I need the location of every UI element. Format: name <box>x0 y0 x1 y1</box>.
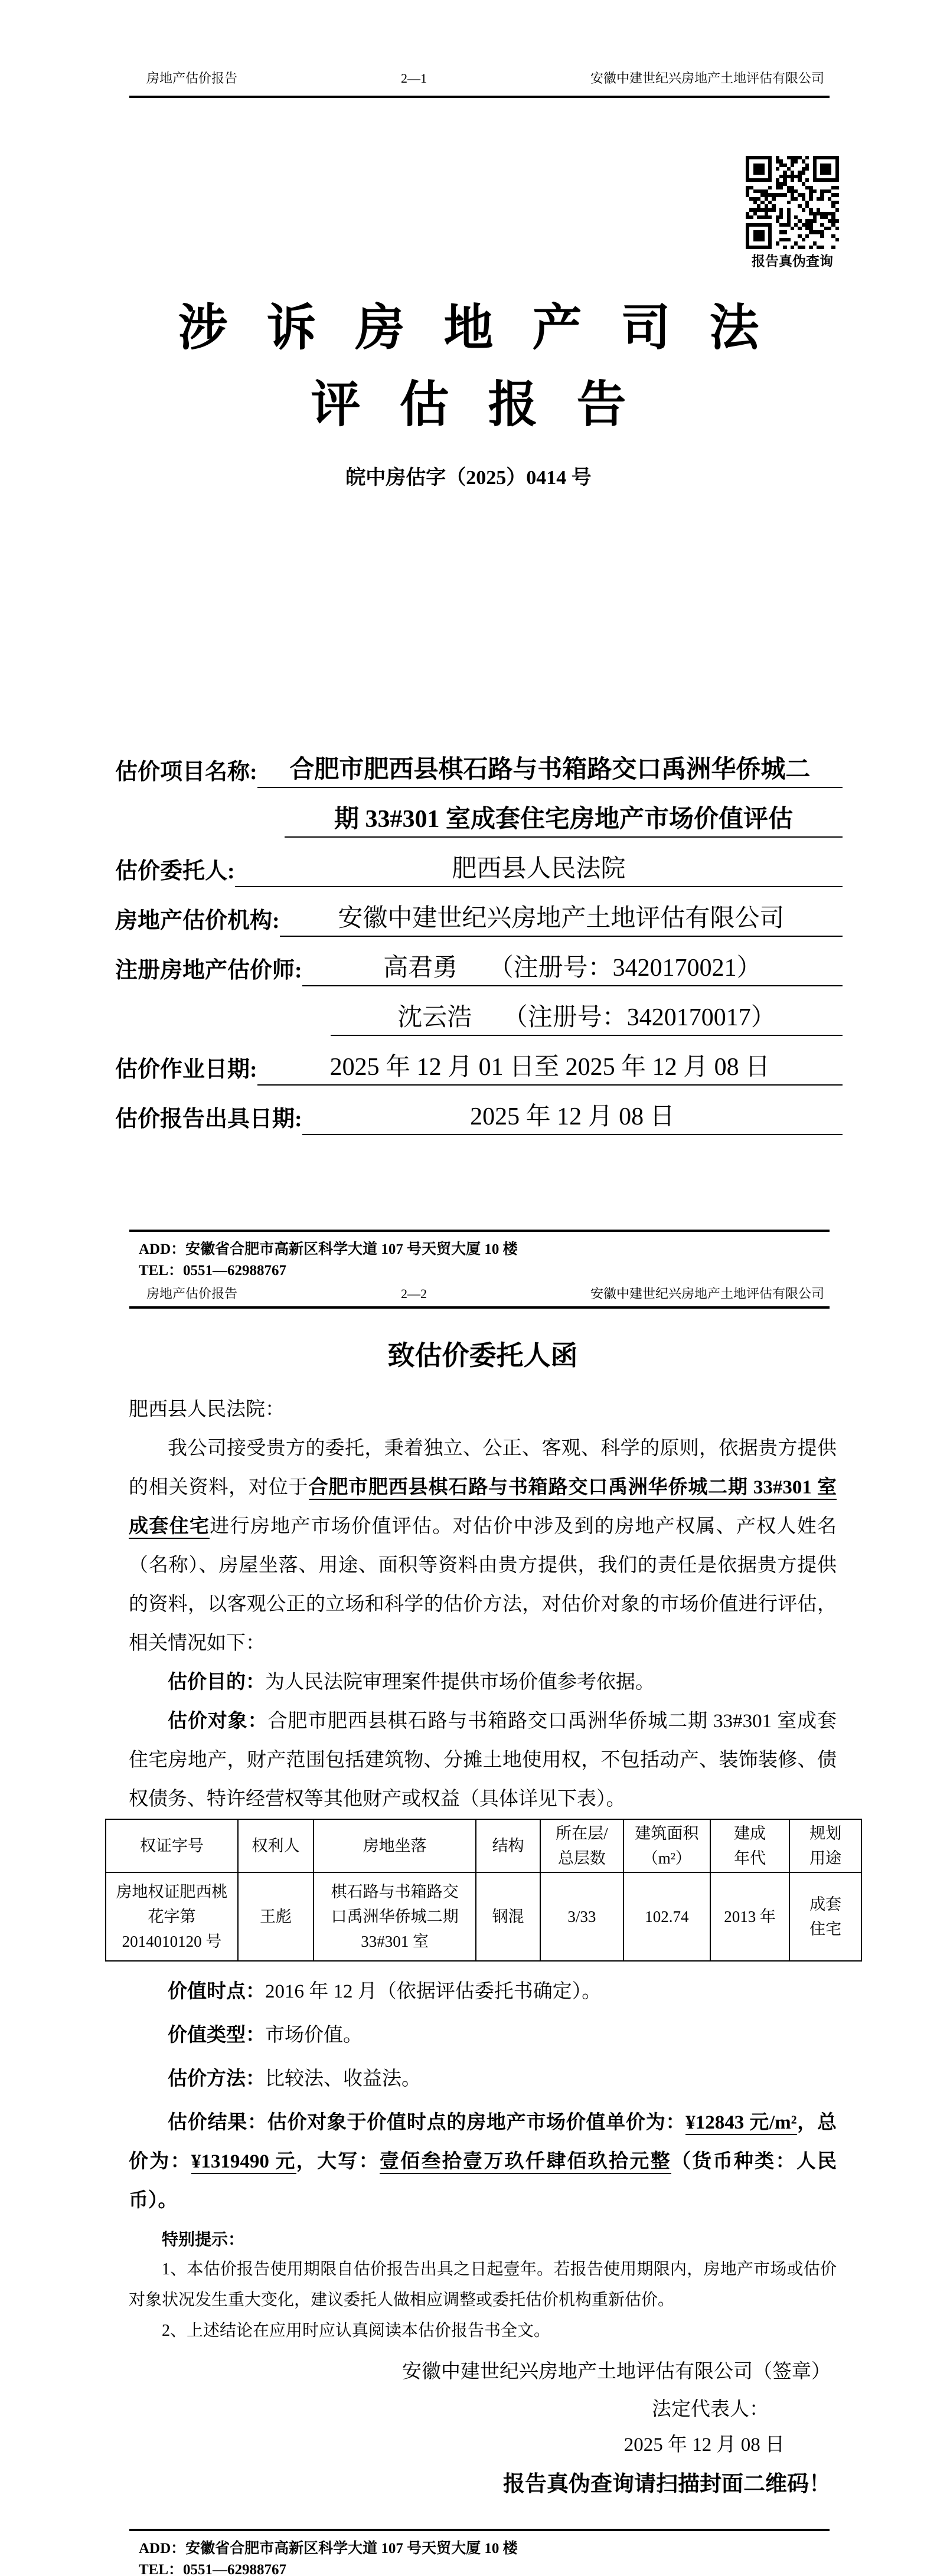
cell-area: 102.74 <box>623 1872 710 1961</box>
subject-paragraph: 估价对象：合肥市肥西县棋石路与书箱路交口禹洲华侨城二期 33#301 室成套住宅… <box>129 1702 837 1819</box>
method-text: 比较法、收益法。 <box>265 2068 421 2090</box>
col-planned-use: 规划 用途 <box>789 1819 861 1872</box>
document-number: 皖中房估字（2025）0414 号 <box>0 465 937 491</box>
col-area: 建筑面积 （m²） <box>623 1819 710 1872</box>
field-label: 估价作业日期: <box>115 1055 257 1086</box>
field-label: 估价项目名称: <box>115 757 257 788</box>
field-work-dates: 估价作业日期: 2025 年 12 月 01 日至 2025 年 12 月 08… <box>115 1036 843 1086</box>
header-rule <box>129 96 830 98</box>
field-label: 房地产估价机构: <box>115 906 280 937</box>
footer-address: ADD：安徽省合肥市高新区科学大道 107 号天贸大厦 10 楼 <box>139 2538 937 2559</box>
qr-caption: 报告真伪查询 <box>742 253 843 270</box>
value-type-paragraph: 价值类型：市场价值。 <box>129 2016 837 2055</box>
field-label: 注册房地产估价师: <box>115 956 302 986</box>
page1-running-header: 房地产估价报告 2—1 安徽中建世纪兴房地产土地评估有限公司 <box>0 70 937 87</box>
intro-paragraph: 我公司接受贵方的委托，秉着独立、公正、客观、科学的原则，依据贵方提供的相关资料，… <box>129 1429 837 1663</box>
letter-title: 致估价委托人函 <box>129 1338 837 1374</box>
subject-label: 估价对象： <box>168 1711 267 1732</box>
page-1: 房地产估价报告 2—1 安徽中建世纪兴房地产土地评估有限公司 报告真伪查询 涉 … <box>0 0 937 1282</box>
field-label: 估价报告出具日期: <box>115 1104 302 1135</box>
cell-planned-use: 成套 住宅 <box>789 1872 861 1961</box>
page2-footer: ADD：安徽省合肥市高新区科学大道 107 号天贸大厦 10 楼 TEL：055… <box>0 2531 937 2576</box>
page1-footer: ADD：安徽省合肥市高新区科学大道 107 号天贸大厦 10 楼 TEL：055… <box>0 1232 937 1282</box>
purpose-paragraph: 估价目的：为人民法院审理案件提供市场价值参考依据。 <box>129 1663 837 1702</box>
field-value: 2025 年 12 月 08 日 <box>302 1101 843 1135</box>
signature-company: 安徽中建世纪兴房地产土地评估有限公司（签章） <box>129 2357 837 2387</box>
footer-phone: TEL：0551—62988767 <box>139 1260 937 1282</box>
note-item-2: 2、上述结论在应用时应认真阅读本估价报告书全文。 <box>129 2316 837 2346</box>
table-row: 房地权证肥西桃 花字第 2014010120 号 王彪 棋石路与书箱路交 口禹洲… <box>106 1872 861 1961</box>
value-type-label: 价值类型： <box>168 2025 265 2046</box>
cell-year-built: 2013 年 <box>710 1872 789 1961</box>
notes-title: 特别提示： <box>129 2226 837 2254</box>
header-doc-type: 房地产估价报告 <box>146 1285 237 1303</box>
header-company-name: 安徽中建世纪兴房地产土地评估有限公司 <box>590 70 824 87</box>
header-rule <box>129 1306 830 1309</box>
special-notes: 特别提示： 1、本估价报告使用期限自估价报告出具之日起壹年。若报告使用期限内，房… <box>129 2226 837 2346</box>
cell-floor: 3/33 <box>540 1872 623 1961</box>
qr-code <box>746 156 839 249</box>
value-date-text: 2016 年 12 月（依据评估委托书确定）。 <box>265 1981 601 2002</box>
header-company-name: 安徽中建世纪兴房地产土地评估有限公司 <box>590 1285 824 1303</box>
cover-title: 涉 诉 房 地 产 司 法 评 估 报 告 <box>0 296 937 438</box>
report-document: 房地产估价报告 2—1 安徽中建世纪兴房地产土地评估有限公司 报告真伪查询 涉 … <box>0 0 937 2576</box>
field-value: 肥西县人民法院 <box>235 853 843 887</box>
value-date-paragraph: 价值时点：2016 年 12 月（依据评估委托书确定）。 <box>129 1972 837 2011</box>
field-appraiser-1: 注册房地产估价师: 高君勇 （注册号：3420170021） <box>115 937 843 986</box>
value-date-label: 价值时点： <box>168 1981 265 2002</box>
purpose-label: 估价目的： <box>168 1672 265 1693</box>
cover-fields: 估价项目名称: 合肥市肥西县棋石路与书箱路交口禹洲华侨城二 期 33#301 室… <box>115 738 843 1135</box>
cell-structure: 钢混 <box>476 1872 540 1961</box>
footer-phone: TEL：0551—62988767 <box>139 2559 937 2576</box>
field-value: 期 33#301 室成套住宅房地产市场价值评估 <box>285 803 843 838</box>
field-project-name: 估价项目名称: 合肥市肥西县棋石路与书箱路交口禹洲华侨城二 <box>115 738 843 788</box>
field-value: 沈云浩 （注册号：3420170017） <box>331 1002 843 1036</box>
field-value: 高君勇 （注册号：3420170021） <box>302 952 843 986</box>
scan-qr-note: 报告真伪查询请扫描封面二维码！ <box>129 2467 837 2502</box>
col-certificate-no: 权证字号 <box>106 1819 238 1872</box>
field-value: 安徽中建世纪兴房地产土地评估有限公司 <box>280 903 843 937</box>
cell-certificate-no: 房地权证肥西桃 花字第 2014010120 号 <box>106 1872 238 1961</box>
result-text-3: ，大写： <box>296 2151 380 2172</box>
letter-body: 致估价委托人函 肥西县人民法院： 我公司接受贵方的委托，秉着独立、公正、客观、科… <box>129 1338 837 1819</box>
cover-title-line1: 涉 诉 房 地 产 司 法 <box>0 296 937 361</box>
result-total-in-words: 壹佰叁拾壹万玖仟肆佰玖拾元整 <box>380 2151 671 2174</box>
cell-owner: 王彪 <box>238 1872 314 1961</box>
property-table: 权证字号 权利人 房地坐落 结构 所在层/ 总层数 建筑面积 （m²） 建成 年… <box>105 1819 862 1962</box>
footer-address: ADD：安徽省合肥市高新区科学大道 107 号天贸大厦 10 楼 <box>139 1239 937 1260</box>
signature-legal-rep: 法定代表人： <box>129 2395 837 2424</box>
qr-block: 报告真伪查询 <box>742 156 843 270</box>
intro-post: 进行房地产市场价值评估。对估价中涉及到的房地产权属、产权人姓名（名称）、房屋坐落… <box>129 1516 837 1654</box>
salutation: 肥西县人民法院： <box>129 1395 837 1424</box>
table-header-row: 权证字号 权利人 房地坐落 结构 所在层/ 总层数 建筑面积 （m²） 建成 年… <box>106 1819 861 1872</box>
header-page-number: 2—1 <box>401 70 427 87</box>
field-label: 估价委托人: <box>115 857 235 887</box>
result-total-price: ¥1319490 元 <box>191 2151 296 2174</box>
field-client: 估价委托人: 肥西县人民法院 <box>115 838 843 887</box>
result-paragraph: 估价结果：估价对象于价值时点的房地产市场价值单价为：¥12843 元/m²，总价… <box>129 2103 837 2220</box>
method-paragraph: 估价方法：比较法、收益法。 <box>129 2060 837 2098</box>
field-appraiser-2: 沈云浩 （注册号：3420170017） <box>115 986 843 1036</box>
purpose-text: 为人民法院审理案件提供市场价值参考依据。 <box>265 1672 655 1693</box>
note-item-1: 1、本估价报告使用期限自估价报告出具之日起壹年。若报告使用期限内，房地产市场或估… <box>129 2254 837 2316</box>
col-structure: 结构 <box>476 1819 540 1872</box>
col-year-built: 建成 年代 <box>710 1819 789 1872</box>
header-doc-type: 房地产估价报告 <box>146 70 237 87</box>
field-value: 2025 年 12 月 01 日至 2025 年 12 月 08 日 <box>257 1051 843 1086</box>
header-page-number: 2—2 <box>401 1285 427 1303</box>
page2-running-header: 房地产估价报告 2—2 安徽中建世纪兴房地产土地评估有限公司 <box>0 1285 937 1303</box>
cover-title-line2: 评 估 报 告 <box>0 373 937 438</box>
col-owner: 权利人 <box>238 1819 314 1872</box>
field-issue-date: 估价报告出具日期: 2025 年 12 月 08 日 <box>115 1086 843 1135</box>
field-value: 合肥市肥西县棋石路与书箱路交口禹洲华侨城二 <box>257 754 843 788</box>
col-location: 房地坐落 <box>314 1819 476 1872</box>
field-project-name-cont: 期 33#301 室成套住宅房地产市场价值评估 <box>115 788 843 838</box>
field-agency: 房地产估价机构: 安徽中建世纪兴房地产土地评估有限公司 <box>115 887 843 937</box>
signature-date: 2025 年 12 月 08 日 <box>129 2430 837 2460</box>
page-2: 房地产估价报告 2—2 安徽中建世纪兴房地产土地评估有限公司 致估价委托人函 肥… <box>0 1285 937 2576</box>
cell-location: 棋石路与书箱路交 口禹洲华侨城二期 33#301 室 <box>314 1872 476 1961</box>
letter-body-cont: 价值时点：2016 年 12 月（依据评估委托书确定）。 价值类型：市场价值。 … <box>129 1972 837 2502</box>
col-floor: 所在层/ 总层数 <box>540 1819 623 1872</box>
result-label: 估价结果： <box>168 2112 267 2133</box>
method-label: 估价方法： <box>168 2068 265 2090</box>
result-unit-price: ¥12843 元/m² <box>685 2112 796 2135</box>
value-type-text: 市场价值。 <box>265 2025 363 2046</box>
result-text-1: 估价对象于价值时点的房地产市场价值单价为： <box>267 2112 686 2133</box>
